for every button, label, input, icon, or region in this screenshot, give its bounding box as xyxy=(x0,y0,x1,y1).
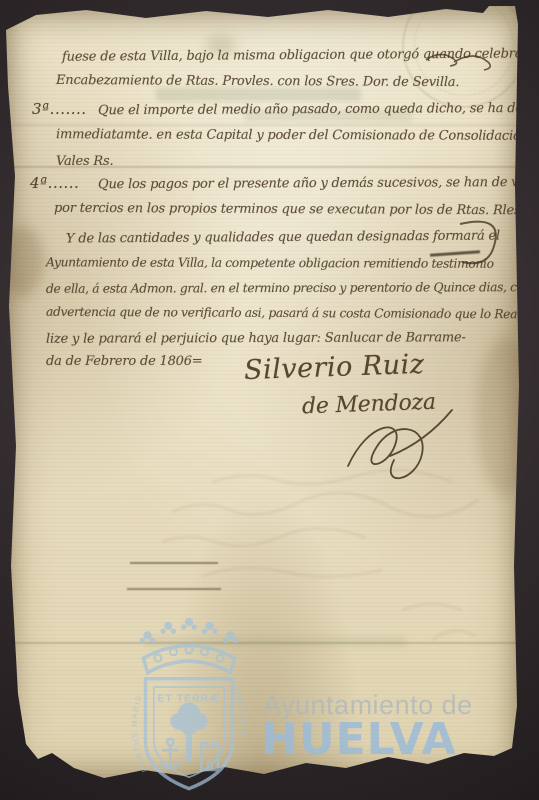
ledger-line xyxy=(130,562,218,564)
bleedthrough-strokes xyxy=(102,464,526,654)
bleedthrough-stamp-mark xyxy=(156,88,361,101)
crease-line xyxy=(6,124,539,126)
manuscript-line: advertencia que de no verificarlo asi, p… xyxy=(46,305,521,321)
scanned-document: fuese de esta Villa, bajo la misma oblig… xyxy=(0,0,539,800)
ledger-line xyxy=(127,588,221,590)
manuscript-line: de ella, á esta Admon. gral. en el termi… xyxy=(46,280,531,296)
manuscript-line: immediatamte. en esta Capital y poder de… xyxy=(56,127,539,144)
stain xyxy=(0,226,44,296)
manuscript-page: fuese de esta Villa, bajo la misma oblig… xyxy=(6,6,520,787)
manuscript-line: Vales Rs. xyxy=(56,154,113,169)
section-4-marker: 4ª...... xyxy=(30,174,79,192)
manuscript-line: Encabezamiento de Rtas. Provles. con los… xyxy=(56,73,459,90)
section-3-marker: 3ª....... xyxy=(32,100,87,118)
manuscript-line: da de Febrero de 1806= xyxy=(46,354,202,369)
manuscript-line: Y de las cantidades y qualidades que que… xyxy=(66,228,500,246)
manuscript-line: Que el importe del medio año pasado, com… xyxy=(98,101,539,118)
end-of-line-flourish xyxy=(424,46,494,72)
manuscript-line: lize y le parará el perjuicio que haya l… xyxy=(46,330,466,346)
manuscript-line: Que los pagos por el presente año y demá… xyxy=(98,175,539,192)
manuscript-line: Ayuntamiento de esta Villa, la competent… xyxy=(46,255,494,271)
signature-name: Silverio Ruiz xyxy=(244,349,425,386)
margin-flourish xyxy=(454,214,518,274)
